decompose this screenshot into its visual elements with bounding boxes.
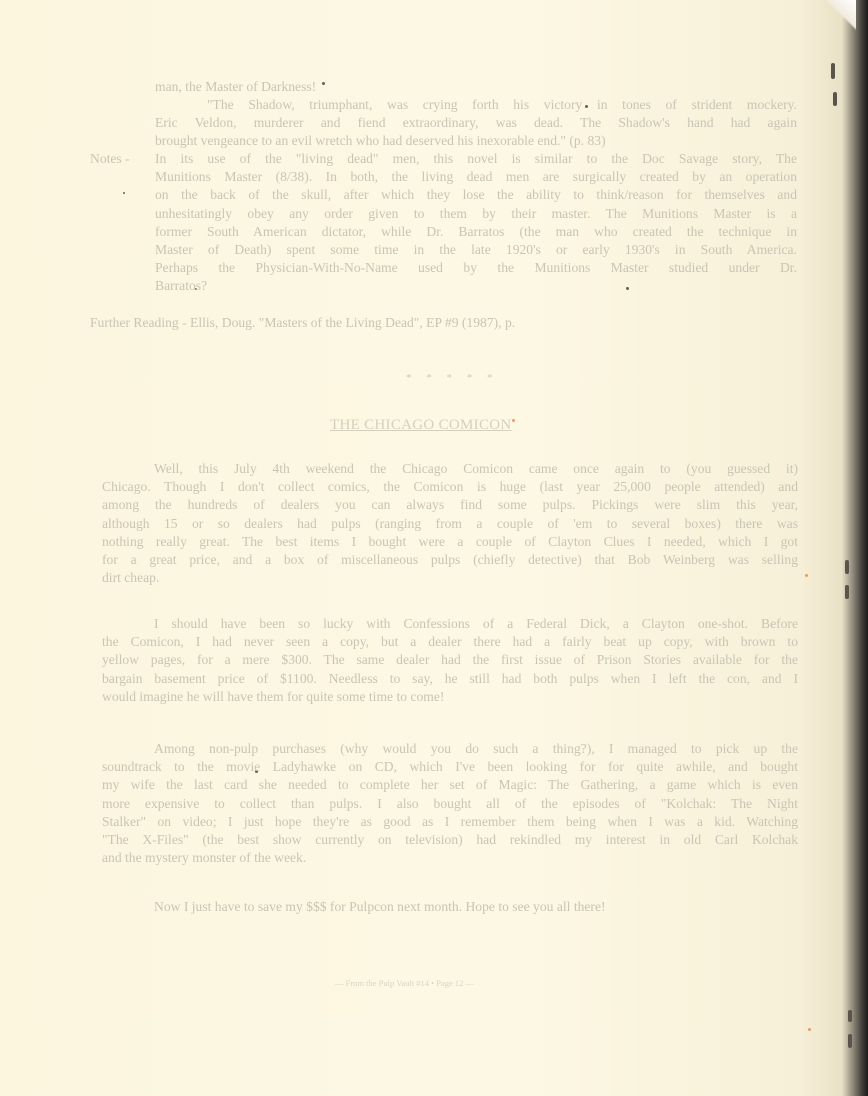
paragraph-line: I should have been so lucky with Confess… xyxy=(102,615,798,633)
rust-spot xyxy=(805,574,808,577)
folded-corner xyxy=(828,0,856,34)
staple-mark-mid-1 xyxy=(845,560,849,574)
notes-line: unhesitatingly obey any order given to t… xyxy=(155,205,797,223)
paragraph-line: "The X-Files" (the best show currently o… xyxy=(102,831,798,849)
paragraph-line: soundtrack to the movie Ladyhawke on CD,… xyxy=(102,758,798,776)
paragraph-line: among the hundreds of dealers you can al… xyxy=(102,496,798,514)
article-paragraph-3: Among non-pulp purchases (why would you … xyxy=(102,740,798,867)
paragraph-line: Well, this July 4th weekend the Chicago … xyxy=(102,460,798,478)
paragraph-line: dirt cheap. xyxy=(102,569,798,587)
review-section: man, the Master of Darkness! xyxy=(155,78,795,96)
notes-line: former South American dictator, while Dr… xyxy=(155,223,797,241)
rust-spot xyxy=(808,1028,811,1031)
quote-line: Eric Veldon, murderer and fiend extraord… xyxy=(155,114,797,132)
paragraph-line: although 15 or so dealers had pulps (ran… xyxy=(102,515,798,533)
section-separator: * * * * * xyxy=(406,372,499,384)
notes-line: Perhaps the Physician-With-No-Name used … xyxy=(155,259,797,277)
paragraph-line: bargain basement price of $1100. Needles… xyxy=(102,670,798,688)
paragraph-line: Stalker" on video; I just hope they're a… xyxy=(102,813,798,831)
paragraph-line: Now I just have to save my $$$ for Pulpc… xyxy=(102,898,798,916)
paragraph-line: Among non-pulp purchases (why would you … xyxy=(102,740,798,758)
staple-mark-bottom-1 xyxy=(848,1010,852,1022)
quote-line: "The Shadow, triumphant, was crying fort… xyxy=(155,96,797,114)
speck xyxy=(123,192,125,194)
paragraph-line: the Comicon, I had never seen a copy, bu… xyxy=(102,633,798,651)
paragraph-line: would imagine he will have them for quit… xyxy=(102,688,798,706)
scanned-page: man, the Master of Darkness! "The Shadow… xyxy=(0,0,868,1096)
paragraph-line: Chicago. Though I don't collect comics, … xyxy=(102,478,798,496)
staple-mark-top-2 xyxy=(833,92,837,106)
quote-line: brought vengeance to an evil wretch who … xyxy=(155,132,797,150)
staple-mark-top-1 xyxy=(831,63,835,79)
paragraph-line: and the mystery monster of the week. xyxy=(102,849,798,867)
notes-line: Munitions Master (8/38). In both, the li… xyxy=(155,168,797,186)
staple-mark-bottom-2 xyxy=(848,1034,852,1048)
rust-spot xyxy=(512,419,515,422)
paragraph-line: more expensive to collect than pulps. I … xyxy=(102,795,798,813)
notes-line: Master of Death) spent some time in the … xyxy=(155,241,797,259)
article-title: THE CHICAGO COMICON xyxy=(330,417,512,434)
notes-block: In its use of the "living dead" men, thi… xyxy=(155,150,797,296)
paragraph-line: for a great price, and a box of miscella… xyxy=(102,551,798,569)
notes-line: In its use of the "living dead" men, thi… xyxy=(155,150,797,168)
paragraph-line: nothing really great. The best items I b… xyxy=(102,533,798,551)
quote-intro: man, the Master of Darkness! xyxy=(155,78,795,96)
further-reading: Further Reading - Ellis, Doug. "Masters … xyxy=(90,314,515,332)
article-paragraph-1: Well, this July 4th weekend the Chicago … xyxy=(102,460,798,587)
paragraph-line: my wife the last card she needed to comp… xyxy=(102,776,798,794)
notes-label: Notes - xyxy=(90,150,130,168)
paragraph-line: yellow pages, for a mere $300. The same … xyxy=(102,651,798,669)
article-paragraph-2: I should have been so lucky with Confess… xyxy=(102,615,798,706)
staple-mark-mid-2 xyxy=(845,585,849,599)
page-footer: — From the Pulp Vault #14 • Page 12 — xyxy=(335,978,474,988)
article-paragraph-4: Now I just have to save my $$$ for Pulpc… xyxy=(102,898,798,916)
notes-line: on the back of the skull, after which th… xyxy=(155,186,797,204)
notes-line: Barratos? xyxy=(155,277,797,295)
quote-block: "The Shadow, triumphant, was crying fort… xyxy=(155,96,797,151)
